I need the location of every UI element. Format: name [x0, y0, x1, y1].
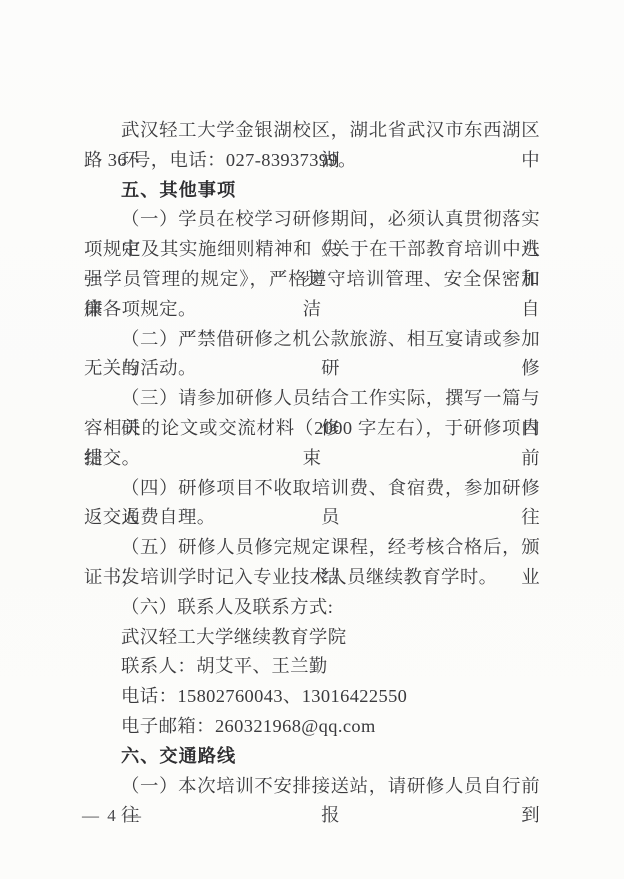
document-body: 武汉轻工大学金银湖校区，湖北省武汉市东西湖区环湖中路 36 号，电话：027-8…: [84, 116, 540, 801]
document-line: （一）本次培训不安排接送站，请研修人员自行前往报到: [84, 772, 540, 802]
document-line: 联系人：胡艾平、王兰勤: [84, 652, 540, 682]
document-line: 证书，培训学时记入专业技术人员继续教育学时。: [84, 563, 540, 593]
document-line: 电子邮箱：260321968@qq.com: [84, 712, 540, 742]
document-line: 容相关的论文或交流材料（2000 字左右），于研修项目结束前: [84, 414, 540, 444]
document-line: （二）严禁借研修之机公款旅游、相互宴请或参加与研修: [84, 325, 540, 355]
document-line: 强学员管理的规定》，严格遵守培训管理、安全保密和廉洁自: [84, 265, 540, 295]
document-line: （六）联系人及联系方式:: [84, 593, 540, 623]
document-line: 武汉轻工大学金银湖校区，湖北省武汉市东西湖区环湖中: [84, 116, 540, 146]
scanned-page: 武汉轻工大学金银湖校区，湖北省武汉市东西湖区环湖中路 36 号，电话：027-8…: [0, 0, 624, 879]
document-line: （四）研修项目不收取培训费、食宿费，参加研修人员往: [84, 474, 540, 504]
document-line: （五）研修人员修完规定课程，经考核合格后，颁发结业: [84, 533, 540, 563]
document-line: 武汉轻工大学继续教育学院: [84, 623, 540, 653]
document-line: 电话：15802760043、13016422550: [84, 682, 540, 712]
document-line: （三）请参加研修人员结合工作实际，撰写一篇与研修内: [84, 384, 540, 414]
document-line: 项规定及其实施细则精神和《关于在干部教育培训中进一步加: [84, 235, 540, 265]
page-number-footer: — 4 —: [82, 806, 143, 826]
section-heading: 五、其他事项: [84, 176, 540, 206]
document-line: （一）学员在校学习研修期间，必须认真贯彻落实中央八: [84, 205, 540, 235]
section-heading: 六、交通路线: [84, 742, 540, 772]
